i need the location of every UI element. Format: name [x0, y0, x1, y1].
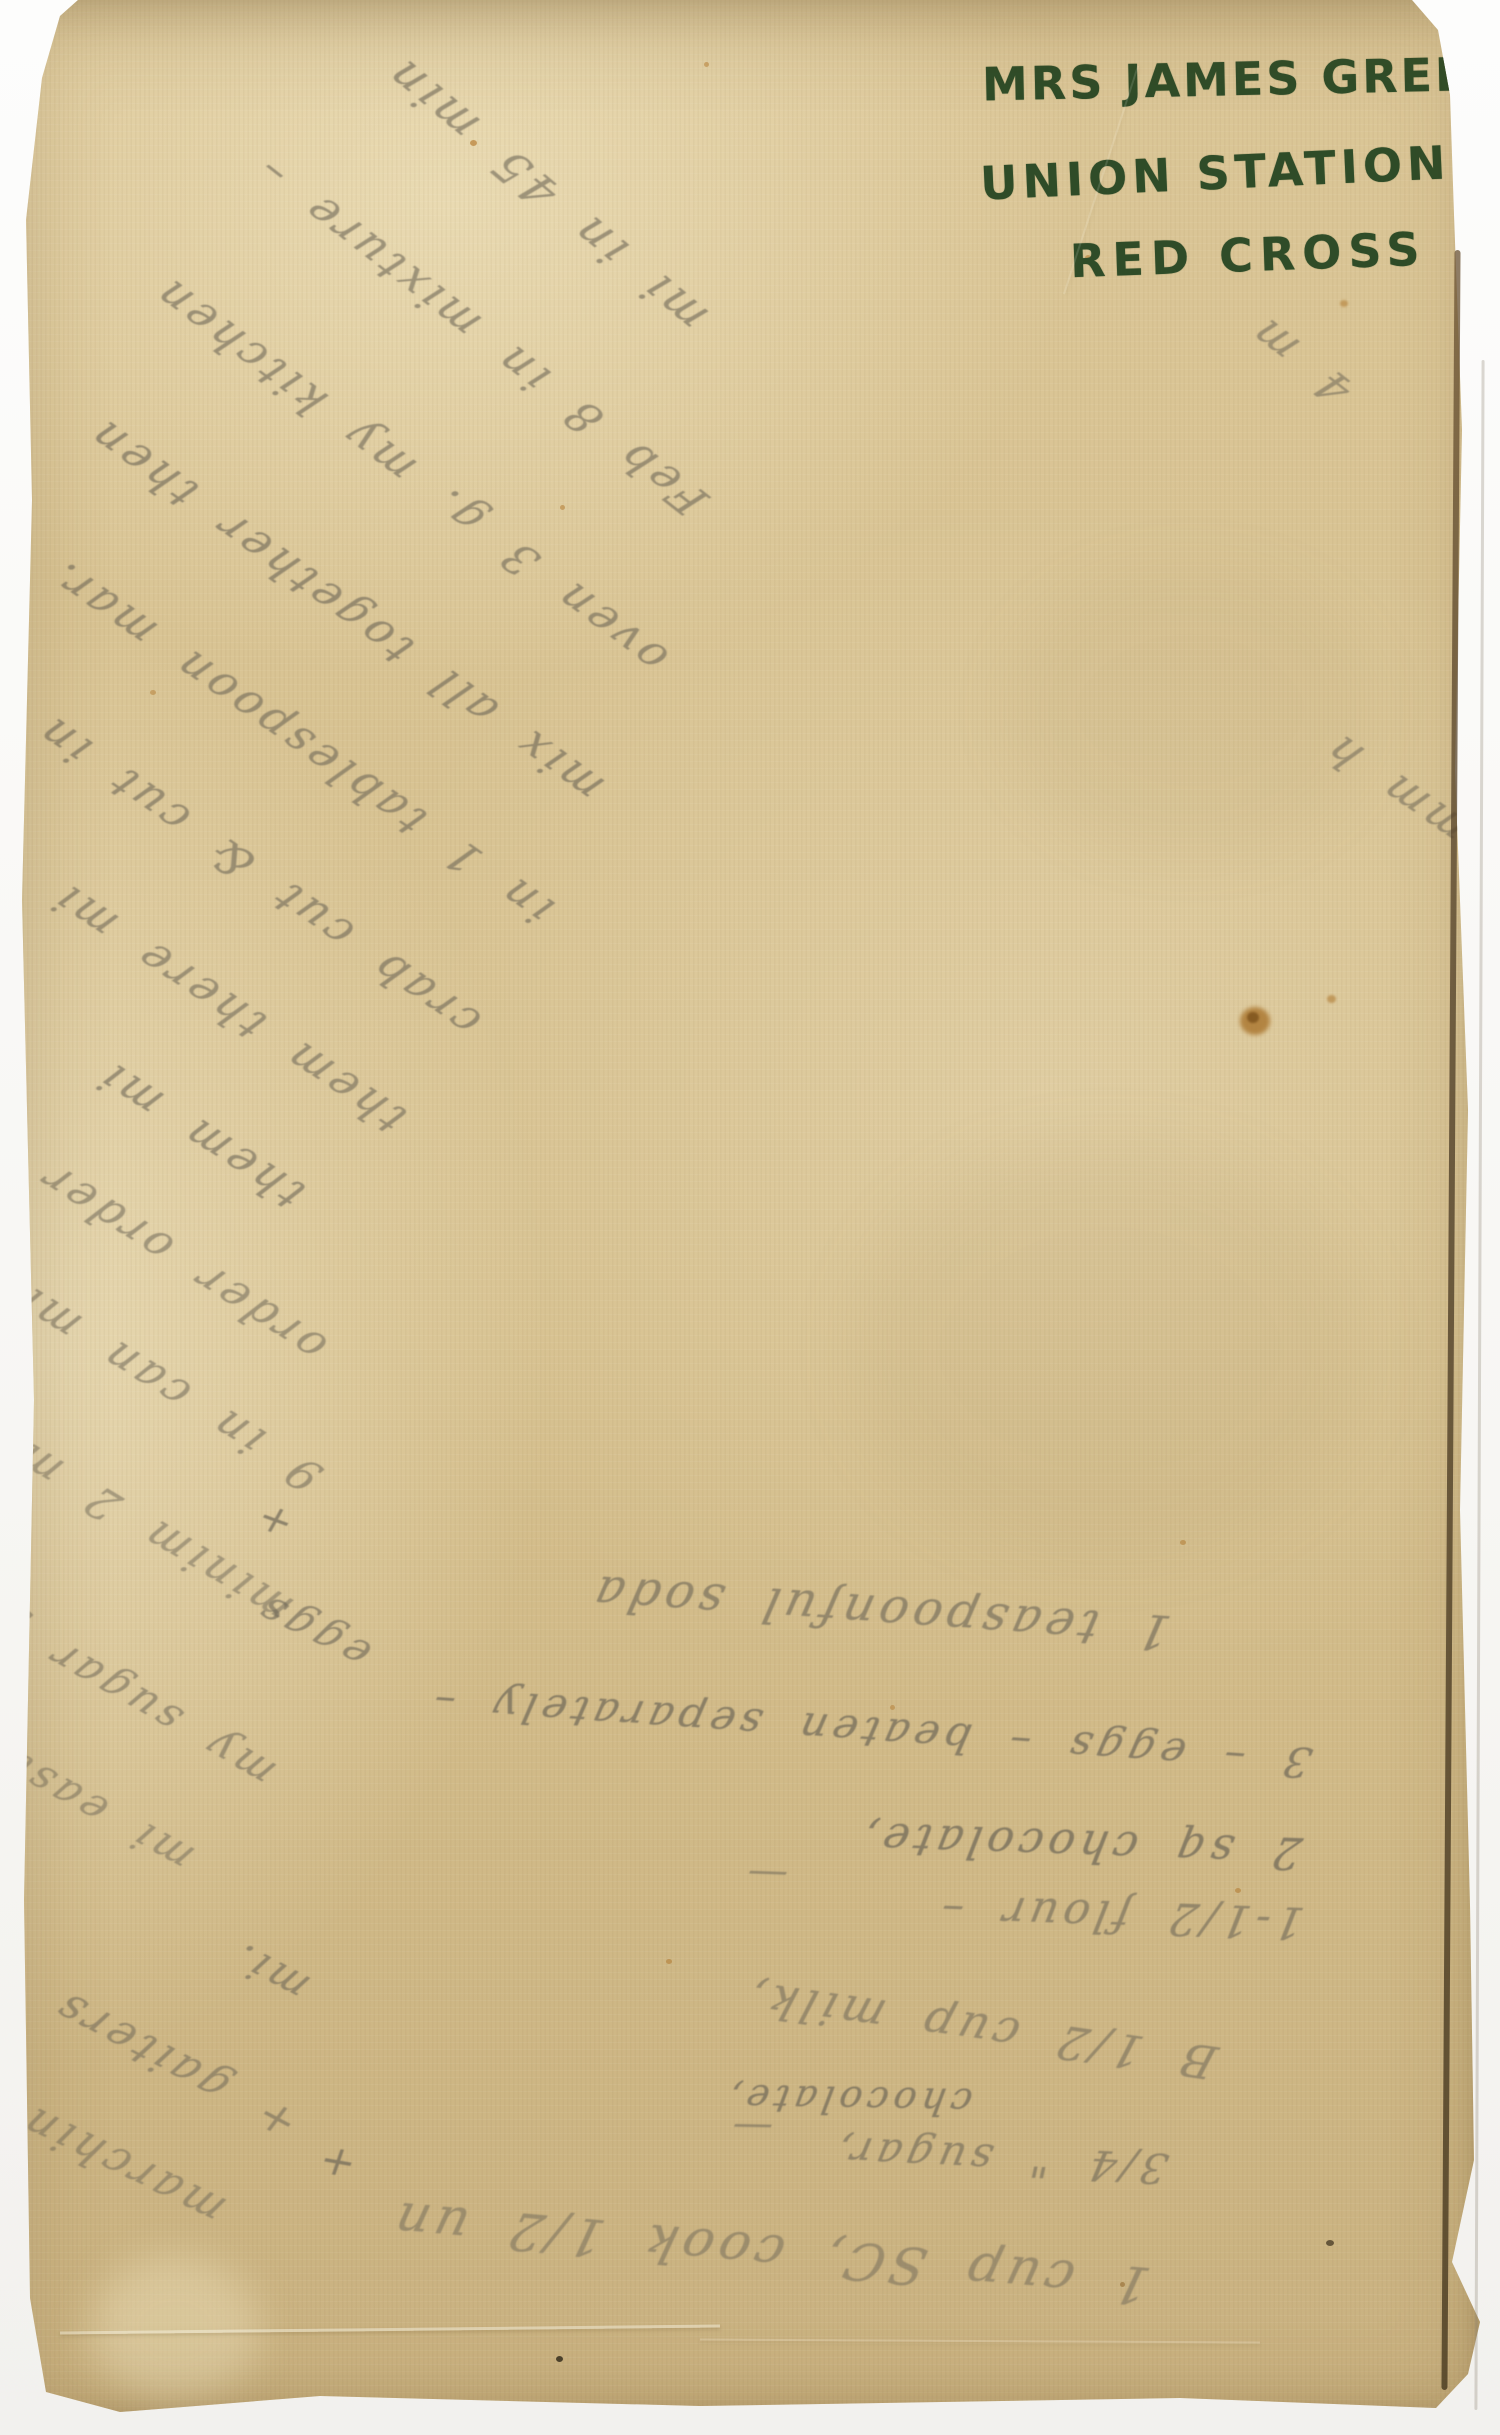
stain-spot: [1420, 0, 1432, 7]
stain-spot: [30, 0, 46, 9]
paper-sheet: 1 teaspoonful soda3 – eggs – beaten sepa…: [0, 0, 1500, 2435]
green-ink-line-location: Union Station: [979, 135, 1452, 210]
stain-spot: [960, 2408, 1020, 2414]
green-ink-header: Mrs James Green Union Station Red Cross: [0, 0, 1500, 2435]
scanner-edge-shadow: [1474, 360, 1484, 2410]
green-ink-line-organization: Red Cross: [1069, 222, 1427, 288]
scanned-note-card: 1 teaspoonful soda3 – eggs – beaten sepa…: [0, 0, 1500, 2435]
green-ink-line-name: Mrs James Green: [981, 46, 1500, 111]
